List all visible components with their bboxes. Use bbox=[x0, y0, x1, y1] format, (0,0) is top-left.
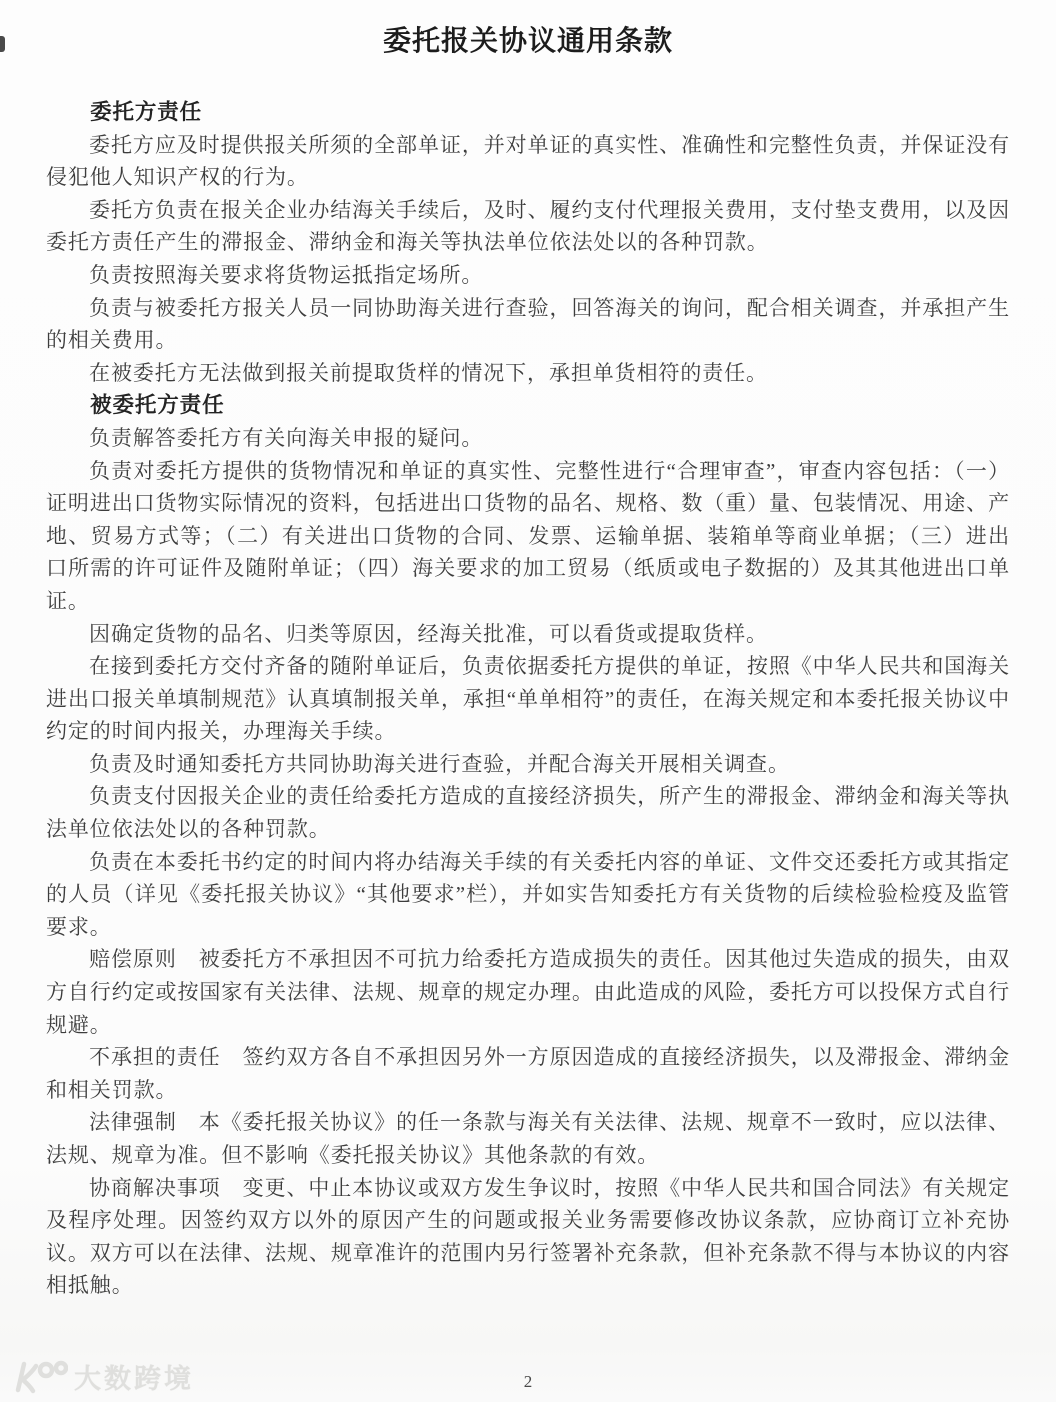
paragraph: 负责及时通知委托方共同协助海关进行查验，并配合海关开展相关调查。 bbox=[46, 748, 1010, 781]
document-title-text: 委托报关协议通用条款 bbox=[383, 26, 673, 57]
paragraph: 负责与被委托方报关人员一同协助海关进行查验，回答海关的询问，配合相关调查，并承担… bbox=[46, 292, 1010, 357]
paragraph: 赔偿原则被委托方不承担因不可抗力给委托方造成损失的责任。因其他过失造成的损失，由… bbox=[46, 943, 1010, 1041]
document-title: 委托报关协议通用条款 bbox=[46, 22, 1010, 62]
paragraph: 协商解决事项变更、中止本协议或双方发生争议时，按照《中华人民共和国合同法》有关规… bbox=[46, 1172, 1010, 1302]
paragraph-text: 被委托方不承担因不可抗力给委托方造成损失的责任。因其他过失造成的损失，由双方自行… bbox=[46, 947, 1010, 1036]
lead-term: 不承担的责任 bbox=[89, 1045, 221, 1069]
paragraph: 负责在本委托书约定的时间内将办结海关手续的有关委托内容的单证、文件交还委托方或其… bbox=[46, 846, 1010, 944]
page-footer: 大数跨境 2 bbox=[0, 1342, 1056, 1402]
paragraph-text: 本《委托报关协议》的任一条款与海关有关法律、法规、规章不一致时，应以法律、法规、… bbox=[46, 1110, 1010, 1167]
section-heading-agent: 被委托方责任 bbox=[46, 389, 1010, 422]
paragraph: 不承担的责任签约双方各自不承担因另外一方原因造成的直接经济损失，以及滞报金、滞纳… bbox=[46, 1041, 1010, 1106]
page-number: 2 bbox=[0, 1372, 1056, 1392]
section-heading-consignor: 委托方责任 bbox=[46, 96, 1010, 129]
paragraph: 负责对委托方提供的货物情况和单证的真实性、完整性进行“合理审查”，审查内容包括：… bbox=[46, 455, 1010, 618]
paragraph: 负责支付因报关企业的责任给委托方造成的直接经济损失，所产生的滞报金、滞纳金和海关… bbox=[46, 780, 1010, 845]
document-page: 委托报关协议通用条款 委托方责任 委托方应及时提供报关所须的全部单证，并对单证的… bbox=[0, 0, 1056, 1402]
paragraph: 负责按照海关要求将货物运抵指定场所。 bbox=[46, 259, 1010, 292]
paragraph: 因确定货物的品名、归类等原因，经海关批准，可以看货或提取货样。 bbox=[46, 618, 1010, 651]
section-agent-responsibility: 被委托方责任 负责解答委托方有关向海关申报的疑问。 负责对委托方提供的货物情况和… bbox=[46, 389, 1010, 1302]
paragraph: 委托方应及时提供报关所须的全部单证，并对单证的真实性、准确性和完整性负责，并保证… bbox=[46, 129, 1010, 194]
lead-term: 协商解决事项 bbox=[89, 1176, 221, 1200]
paragraph: 负责解答委托方有关向海关申报的疑问。 bbox=[46, 422, 1010, 455]
document-body: 委托报关协议通用条款 委托方责任 委托方应及时提供报关所须的全部单证，并对单证的… bbox=[0, 0, 1056, 1302]
lead-term: 法律强制 bbox=[89, 1110, 177, 1134]
paragraph: 委托方负责在报关企业办结海关手续后，及时、履约支付代理报关费用，支付垫支费用，以… bbox=[46, 194, 1010, 259]
scan-artifact bbox=[0, 36, 5, 52]
paragraph: 在被委托方无法做到报关前提取货样的情况下，承担单货相符的责任。 bbox=[46, 357, 1010, 390]
section-consignor-responsibility: 委托方责任 委托方应及时提供报关所须的全部单证，并对单证的真实性、准确性和完整性… bbox=[46, 96, 1010, 389]
paragraph: 法律强制本《委托报关协议》的任一条款与海关有关法律、法规、规章不一致时，应以法律… bbox=[46, 1106, 1010, 1171]
lead-term: 赔偿原则 bbox=[89, 947, 177, 971]
paragraph: 在接到委托方交付齐备的随附单证后，负责依据委托方提供的单证，按照《中华人民共和国… bbox=[46, 650, 1010, 748]
